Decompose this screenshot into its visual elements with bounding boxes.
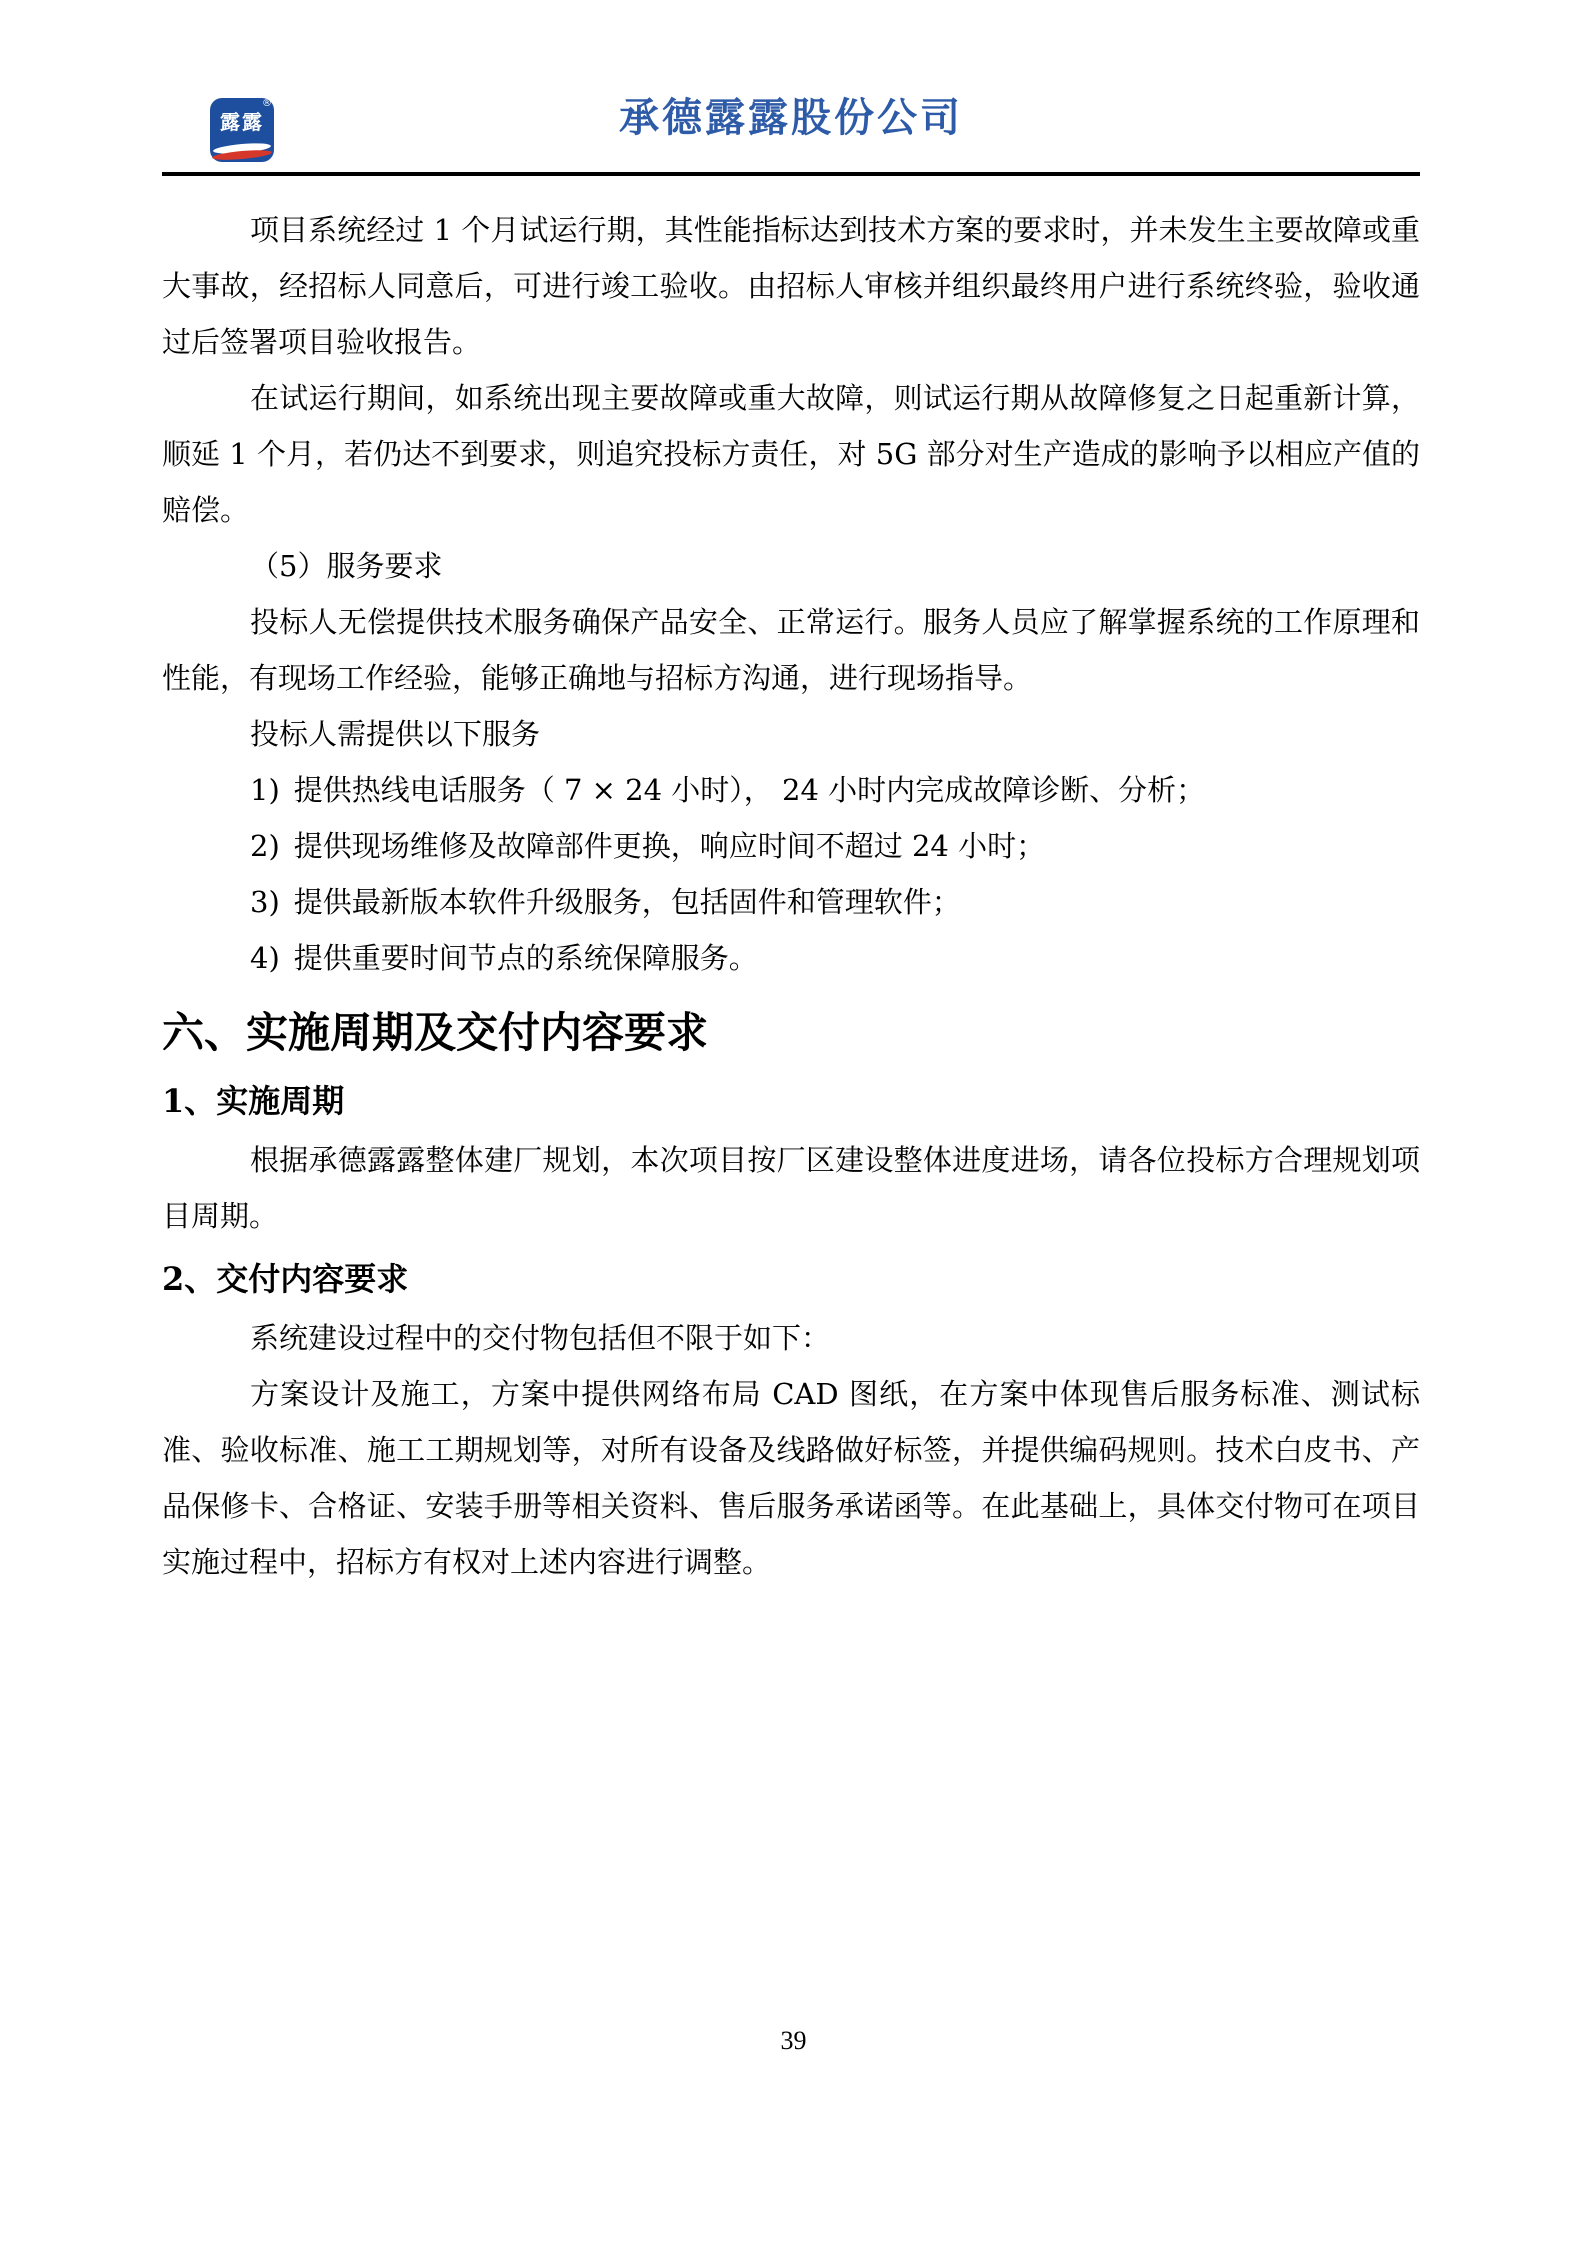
paragraph-deliverables-detail: 方案设计及施工，方案中提供网络布局 CAD 图纸，在方案中体现售后服务标准、测试… (162, 1366, 1420, 1590)
paragraph-implementation-period: 根据承德露露整体建厂规划，本次项目按厂区建设整体进度进场，请各位投标方合理规划项… (162, 1132, 1420, 1244)
paragraph-service-list-intro: 投标人需提供以下服务 (162, 706, 1420, 762)
service-list-item: 2)提供现场维修及故障部件更换，响应时间不超过 24 小时； (162, 818, 1420, 874)
service-item-text: 提供现场维修及故障部件更换，响应时间不超过 24 小时； (294, 829, 1045, 863)
document-page: ® 露露 承德露露股份公司 项目系统经过 1 个月试运行期，其性能指标达到技术方… (0, 0, 1587, 2245)
service-list-item: 4)提供重要时间节点的系统保障服务。 (162, 930, 1420, 986)
page-number: 39 (0, 2026, 1587, 2056)
document-body: 项目系统经过 1 个月试运行期，其性能指标达到技术方案的要求时，并未发生主要故障… (162, 202, 1420, 1590)
section-heading-implementation-and-delivery: 六、实施周期及交付内容要求 (162, 1002, 1420, 1064)
service-item-number: 3) (250, 885, 294, 919)
paragraph-service-requirement-label: （5）服务要求 (162, 538, 1420, 594)
paragraph-free-technical-service: 投标人无偿提供技术服务确保产品安全、正常运行。服务人员应了解掌握系统的工作原理和… (162, 594, 1420, 706)
service-item-number: 1) (250, 773, 294, 807)
paragraph-trial-period-acceptance: 项目系统经过 1 个月试运行期，其性能指标达到技术方案的要求时，并未发生主要故障… (162, 202, 1420, 370)
subheading-delivery-content-requirement: 2、交付内容要求 (162, 1252, 1420, 1306)
company-name: 承德露露股份公司 (162, 86, 1420, 143)
service-item-text: 提供最新版本软件升级服务，包括固件和管理软件； (294, 885, 961, 919)
subheading-implementation-period: 1、实施周期 (162, 1074, 1420, 1128)
paragraph-trial-failure-liability: 在试运行期间，如系统出现主要故障或重大故障，则试运行期从故障修复之日起重新计算，… (162, 370, 1420, 538)
service-item-number: 2) (250, 829, 294, 863)
paragraph-deliverables-intro: 系统建设过程中的交付物包括但不限于如下： (162, 1310, 1420, 1366)
service-list-item: 3)提供最新版本软件升级服务，包括固件和管理软件； (162, 874, 1420, 930)
service-list-item: 1)提供热线电话服务（ 7 × 24 小时）， 24 小时内完成故障诊断、分析； (162, 762, 1420, 818)
service-item-text: 提供热线电话服务（ 7 × 24 小时）， 24 小时内完成故障诊断、分析； (294, 773, 1205, 807)
page-header: ® 露露 承德露露股份公司 (162, 0, 1420, 178)
service-item-text: 提供重要时间节点的系统保障服务。 (294, 941, 758, 975)
header-divider (162, 172, 1420, 176)
service-item-number: 4) (250, 941, 294, 975)
